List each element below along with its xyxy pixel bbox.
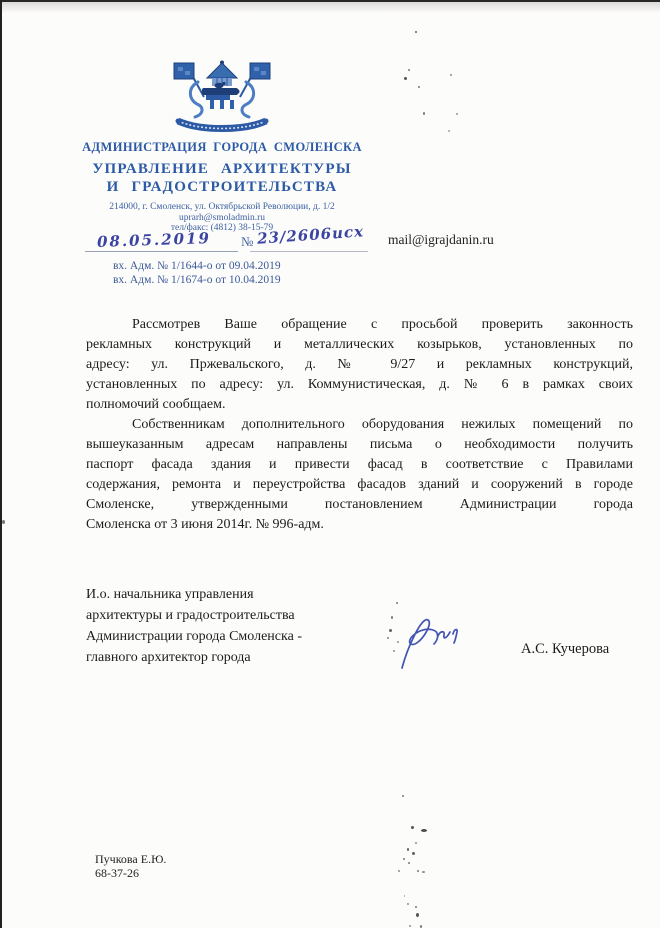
text-line: Смоленска от 3 июня 2014г. № 996-адм. — [86, 515, 633, 535]
scan-speckle — [408, 69, 410, 71]
text-line: Рассмотрев Ваше обращение с просьбой про… — [86, 315, 633, 335]
text-line: установленных по адресу: ул. Коммунистич… — [86, 375, 633, 395]
handwritten-signature — [394, 602, 476, 674]
scan-speckle — [409, 925, 411, 927]
scan-edge-left — [0, 0, 2, 928]
letterhead: АДМИНИСТРАЦИЯ ГОРОДА СМОЛЕНСКА УПРАВЛЕНИ… — [72, 60, 372, 234]
text-line: полномочий сообщаем. — [86, 395, 633, 415]
scan-speckle — [411, 826, 414, 829]
text-line: рекламных конструкций и металлических ко… — [86, 335, 633, 355]
scan-speckle — [403, 858, 405, 860]
outgoing-date-handwritten: 08.05.2019 — [97, 229, 212, 251]
incoming-reference-lines: вх. Адм. № 1/1644-о от 09.04.2019вх. Адм… — [113, 259, 281, 287]
signatory-position: И.о. начальника управленияархитектуры и … — [86, 584, 302, 668]
scan-speckle — [416, 913, 419, 917]
text-line: вышеуказанным адресам направлены письма … — [86, 435, 633, 455]
smolensk-coat-of-arms-icon — [170, 60, 274, 134]
scan-speckle — [407, 903, 409, 905]
scan-speckle — [396, 602, 398, 604]
org-address: 214000, г. Смоленск, ул. Октябрьской Рев… — [72, 202, 372, 213]
scan-edge-top-fog — [0, 2, 660, 13]
scan-speckle — [391, 616, 393, 619]
scan-speckle — [415, 842, 417, 844]
executor-name: Пучкова Е.Ю. — [95, 852, 166, 866]
text-line: главного архитектор города — [86, 647, 302, 668]
scan-speckle — [417, 870, 419, 872]
scan-speckle — [412, 852, 415, 855]
scan-speckle — [387, 637, 389, 639]
text-line: Администрации города Смоленска - — [86, 626, 302, 647]
scan-speckle — [415, 31, 417, 33]
scan-speckle — [397, 641, 399, 643]
scan-speckle — [456, 113, 458, 115]
scan-speckle — [402, 795, 404, 797]
executor-phone: 68-37-26 — [95, 866, 166, 880]
scan-speckle — [404, 77, 407, 80]
scanned-letter-page: АДМИНИСТРАЦИЯ ГОРОДА СМОЛЕНСКА УПРАВЛЕНИ… — [0, 0, 660, 928]
text-line: содержания, ремонта и переустройства фас… — [86, 475, 633, 495]
signatory-name: А.С. Кучерова — [521, 641, 609, 658]
text-line: вх. Адм. № 1/1644-о от 09.04.2019 — [113, 259, 281, 273]
text-line: паспорт фасада здания и привести фасад в… — [86, 455, 633, 475]
scan-speckle — [422, 871, 425, 873]
scan-speckle — [415, 906, 417, 908]
org-name-line3: И ГРАДОСТРОИТЕЛЬСТВА — [72, 179, 372, 196]
scan-speckle — [421, 829, 427, 832]
text-line: И.о. начальника управления — [86, 584, 302, 605]
text-line: вх. Адм. № 1/1674-о от 10.04.2019 — [113, 273, 281, 287]
scan-speckle — [404, 895, 405, 897]
executor-block: Пучкова Е.Ю. 68-37-26 — [95, 852, 166, 880]
org-email: uprarh@smoladmin.ru — [72, 213, 372, 224]
org-name-line1: АДМИНИСТРАЦИЯ ГОРОДА СМОЛЕНСКА — [72, 140, 372, 155]
recipient-email: mail@igrajdanin.ru — [388, 232, 494, 248]
scan-speckle — [393, 650, 395, 652]
text-line: архитектуры и градостроительства — [86, 605, 302, 626]
scan-speckle — [2, 520, 5, 524]
scan-speckle — [389, 629, 392, 632]
text-line: Смоленске, утвержденными постановлением … — [86, 495, 633, 515]
scan-speckle — [423, 112, 425, 115]
text-line: Собственникам дополнительного оборудован… — [86, 415, 633, 435]
scan-speckle — [408, 862, 410, 864]
body-paragraph-2: Собственникам дополнительного оборудован… — [86, 415, 633, 535]
body-paragraph-1: Рассмотрев Ваше обращение с просьбой про… — [86, 315, 633, 415]
org-name-line2: УПРАВЛЕНИЕ АРХИТЕКТУРЫ — [72, 161, 372, 178]
scan-speckle — [407, 848, 409, 851]
text-line: адресу: ул. Пржевальского, д. № 9/27 и р… — [86, 355, 633, 375]
scan-speckle — [450, 74, 452, 76]
date-underline — [85, 251, 238, 252]
scan-speckle — [448, 130, 450, 132]
scan-speckle — [398, 870, 400, 872]
number-underline — [250, 251, 368, 252]
number-sign-label: № — [241, 234, 253, 250]
scan-speckle — [418, 86, 420, 88]
